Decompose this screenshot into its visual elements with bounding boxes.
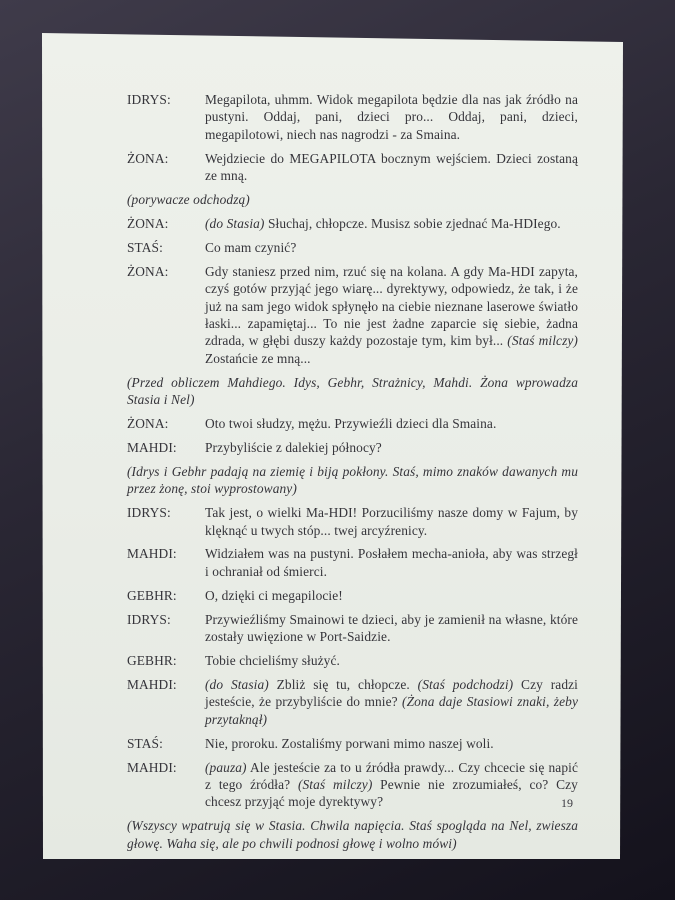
- speaker-label: MAHDI:: [127, 545, 177, 562]
- dialogue-block: IDRYS:Przywieźliśmy Smainowi te dzieci, …: [127, 611, 578, 646]
- speaker-label: IDRYS:: [127, 504, 171, 521]
- dialogue-segment: Tak jest, o wielki Ma-HDI! Porzuciliśmy …: [205, 505, 578, 537]
- dialogue-segment: Nie, proroku. Zostaliśmy porwani mimo na…: [205, 736, 494, 751]
- speaker-label: GEBHR:: [127, 652, 177, 669]
- dialogue-text: (do Stasia) Słuchaj, chłopcze. Musisz so…: [205, 216, 561, 231]
- speaker-label: IDRYS:: [127, 91, 171, 108]
- stage-direction: (porywacze odchodzą): [127, 191, 578, 208]
- inline-stage-note: (do Stasia): [205, 677, 269, 692]
- dialogue-text: Nie, proroku. Zostaliśmy porwani mimo na…: [205, 736, 494, 751]
- speaker-label: STAŚ:: [127, 239, 163, 256]
- dialogue-text: Przywieźliśmy Smainowi te dzieci, aby je…: [205, 612, 578, 644]
- speaker-label: MAHDI:: [127, 759, 177, 776]
- dialogue-block: ŻONA:Gdy staniesz przed nim, rzuć się na…: [127, 263, 578, 367]
- dialogue-text: Przybyliście z dalekiej północy?: [205, 440, 382, 455]
- speaker-label: STAŚ:: [127, 735, 163, 752]
- dialogue-text: Tak jest, o wielki Ma-HDI! Porzuciliśmy …: [205, 505, 578, 537]
- stage-text: (Przed obliczem Mahdiego. Idys, Gebhr, S…: [127, 375, 578, 407]
- stage-text: (Wszyscy wpatrują się w Stasia. Chwila n…: [127, 818, 578, 850]
- inline-stage-note: (Staś podchodzi): [418, 677, 514, 692]
- dialogue-text: Widziałem was na pustyni. Posłałem mecha…: [205, 546, 578, 578]
- dialogue-block: MAHDI:Widziałem was na pustyni. Posłałem…: [127, 545, 578, 580]
- dialogue-block: MAHDI:(do Stasia) Zbliż się tu, chłopcze…: [127, 676, 578, 728]
- dialogue-text: Co mam czynić?: [205, 240, 296, 255]
- dialogue-segment: Oto twoi słudzy, mężu. Przywieźli dzieci…: [205, 416, 496, 431]
- dialogue-block: ŻONA:Wejdziecie do MEGAPILOTA bocznym we…: [127, 150, 578, 185]
- inline-stage-note: (Przed obliczem Mahdiego. Idys, Gebhr, S…: [127, 375, 578, 407]
- inline-stage-note: (pauza): [205, 760, 247, 775]
- dialogue-segment: Przywieźliśmy Smainowi te dzieci, aby je…: [205, 612, 578, 644]
- stage-text: (porywacze odchodzą): [127, 192, 250, 207]
- script-page: IDRYS:Megapilota, uhmm. Widok megapilota…: [42, 33, 623, 859]
- dialogue-block: MAHDI:(pauza) Ale jesteście za to u źród…: [127, 759, 578, 811]
- dialogue-segment: Słuchaj, chłopcze. Musisz sobie zjednać …: [265, 216, 561, 231]
- dialogue-segment: Tobie chcieliśmy służyć.: [205, 653, 340, 668]
- dialogue-block: ŻONA:(do Stasia) Słuchaj, chłopcze. Musi…: [127, 215, 578, 232]
- dialogue-block: GEBHR:O, dzięki ci megapilocie!: [127, 587, 578, 604]
- speaker-label: ŻONA:: [127, 415, 168, 432]
- speaker-label: IDRYS:: [127, 611, 171, 628]
- speaker-label: GEBHR:: [127, 587, 177, 604]
- dialogue-text: Wejdziecie do MEGAPILOTA bocznym wejście…: [205, 151, 578, 183]
- dialogue-segment: Wejdziecie do MEGAPILOTA bocznym wejście…: [205, 151, 578, 183]
- inline-stage-note: (Idrys i Gebhr padają na ziemię i biją p…: [127, 464, 578, 496]
- dialogue-segment: Widziałem was na pustyni. Posłałem mecha…: [205, 546, 578, 578]
- speaker-label: ŻONA:: [127, 150, 168, 167]
- dialogue-text: O, dzięki ci megapilocie!: [205, 588, 343, 603]
- stage-direction: (Wszyscy wpatrują się w Stasia. Chwila n…: [127, 817, 578, 852]
- inline-stage-note: (Wszyscy wpatrują się w Stasia. Chwila n…: [127, 818, 578, 850]
- dialogue-segment: Co mam czynić?: [205, 240, 296, 255]
- speaker-label: ŻONA:: [127, 263, 168, 280]
- dialogue-text: Oto twoi słudzy, mężu. Przywieźli dzieci…: [205, 416, 496, 431]
- dialogue-block: IDRYS:Megapilota, uhmm. Widok megapilota…: [127, 91, 578, 143]
- speaker-label: MAHDI:: [127, 676, 177, 693]
- stage-direction: (Przed obliczem Mahdiego. Idys, Gebhr, S…: [127, 374, 578, 409]
- dialogue-block: IDRYS:Tak jest, o wielki Ma-HDI! Porzuci…: [127, 504, 578, 539]
- dialogue-block: STAŚ:Co mam czynić?: [127, 239, 578, 256]
- stage-direction: (Idrys i Gebhr padają na ziemię i biją p…: [127, 463, 578, 498]
- stage-text: (Idrys i Gebhr padają na ziemię i biją p…: [127, 464, 578, 496]
- dialogue-segment: Zostańcie ze mną...: [205, 351, 311, 366]
- page-number: 19: [561, 796, 573, 811]
- dialogue-block: STAŚ:Nie, proroku. Zostaliśmy porwani mi…: [127, 735, 578, 752]
- inline-stage-note: (Staś milczy): [507, 333, 578, 348]
- dialogue-text: (pauza) Ale jesteście za to u źródła pra…: [205, 760, 578, 810]
- dialogue-text: Gdy staniesz przed nim, rzuć się na kola…: [205, 264, 578, 366]
- dialogue-block: GEBHR:Tobie chcieliśmy służyć.: [127, 652, 578, 669]
- dialogue-segment: Przybyliście z dalekiej północy?: [205, 440, 382, 455]
- dialogue-segment: Zbliż się tu, chłopcze.: [269, 677, 418, 692]
- dialogue-block: ŻONA:Oto twoi słudzy, mężu. Przywieźli d…: [127, 415, 578, 432]
- inline-stage-note: (do Stasia): [205, 216, 265, 231]
- speaker-label: ŻONA:: [127, 215, 168, 232]
- inline-stage-note: (porywacze odchodzą): [127, 192, 250, 207]
- dialogue-text: Tobie chcieliśmy służyć.: [205, 653, 340, 668]
- dialogue-segment: Megapilota, uhmm. Widok megapilota będzi…: [205, 92, 578, 142]
- inline-stage-note: (Staś milczy): [298, 777, 372, 792]
- dialogue-block: MAHDI:Przybyliście z dalekiej północy?: [127, 439, 578, 456]
- dialogue-text: Megapilota, uhmm. Widok megapilota będzi…: [205, 92, 578, 142]
- dialogue-segment: O, dzięki ci megapilocie!: [205, 588, 343, 603]
- speaker-label: MAHDI:: [127, 439, 177, 456]
- dialogue-text: (do Stasia) Zbliż się tu, chłopcze. (Sta…: [205, 677, 578, 727]
- script-body: IDRYS:Megapilota, uhmm. Widok megapilota…: [127, 91, 578, 859]
